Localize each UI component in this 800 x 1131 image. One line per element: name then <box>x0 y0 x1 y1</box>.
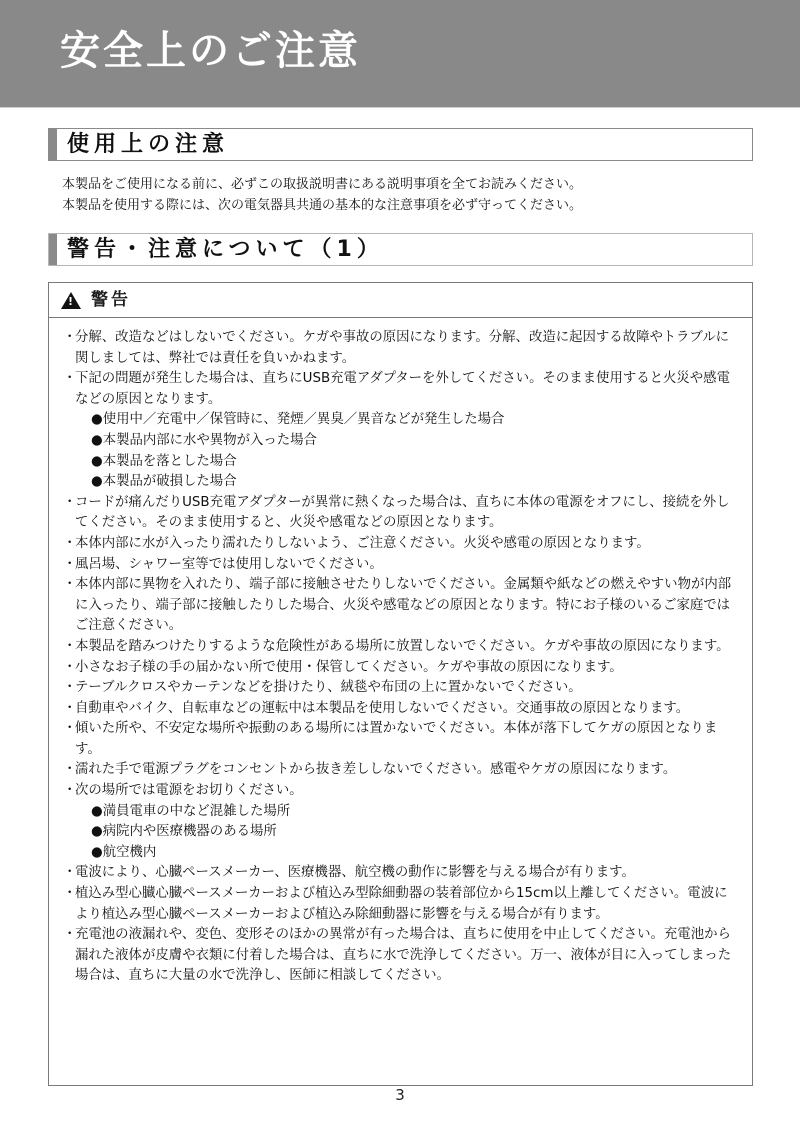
warning-subitem-text: 病院内や医療機器のある場所 <box>103 824 277 839</box>
heading-accent-bar <box>49 129 57 160</box>
warning-item: ・次の場所では電源をお切りください。 <box>63 781 734 802</box>
heading-accent-bar <box>49 234 57 265</box>
item-marker: ・ <box>63 637 75 658</box>
warning-item: ・風呂場、シャワー室等では使用しないでください。 <box>63 555 734 576</box>
bullet-icon: ● <box>91 412 103 427</box>
intro-paragraph: 本製品をご使用になる前に、必ずこの取扱説明書にある説明事項を全てお読みください。… <box>62 174 582 216</box>
warning-item: ・傾いた所や、不安定な場所や振動のある場所には置かないでください。本体が落下して… <box>63 719 734 760</box>
warning-item: ・自動車やバイク、自転車などの運転中は本製品を使用しないでください。交通事故の原… <box>63 699 734 720</box>
warning-item: ・小さなお子様の手の届かない所で使用・保管してください。ケガや事故の原因になりま… <box>63 658 734 679</box>
warning-item-text: 本体内部に異物を入れたり、端子部に接触させたりしないでください。金属類や紙などの… <box>75 577 731 633</box>
warning-subitem: ●航空機内 <box>63 843 734 864</box>
warning-item-text: 濡れた手で電源プラグをコンセントから抜き差ししないでください。感電やケガの原因に… <box>75 762 676 777</box>
warning-item: ・充電池の液漏れや、変色、変形そのほかの異常が有った場合は、直ちに使用を中止して… <box>63 925 734 987</box>
section-heading-text: 警告・注意について（1） <box>67 234 384 265</box>
item-marker: ・ <box>63 699 75 720</box>
warning-item-text: 小さなお子様の手の届かない所で使用・保管してください。ケガや事故の原因になります… <box>75 660 623 675</box>
section-heading-usage-notes: 使用上の注意 <box>48 128 753 161</box>
item-marker: ・ <box>63 534 75 555</box>
warning-item: ・コードが痛んだりUSB充電アダプターが異常に熱くなった場合は、直ちに本体の電源… <box>63 493 734 534</box>
bullet-icon: ● <box>91 804 103 819</box>
warning-box: 警告 ・分解、改造などはしないでください。ケガや事故の原因になります。分解、改造… <box>48 282 753 1086</box>
page-title: 安全上のご注意 <box>60 26 361 76</box>
bullet-icon: ● <box>91 824 103 839</box>
warning-item-text: 下記の問題が発生した場合は、直ちにUSB充電アダプターを外してください。そのまま… <box>75 371 730 407</box>
warning-subitem: ●病院内や医療機器のある場所 <box>63 822 734 843</box>
item-marker: ・ <box>63 925 75 946</box>
item-marker: ・ <box>63 575 75 596</box>
warning-header: 警告 <box>49 283 752 318</box>
item-marker: ・ <box>63 719 75 740</box>
section-heading-warnings: 警告・注意について（1） <box>48 233 753 266</box>
section-heading-text: 使用上の注意 <box>67 129 229 160</box>
warning-item-text: 分解、改造などはしないでください。ケガや事故の原因になります。分解、改造に起因す… <box>75 330 729 366</box>
warning-subitem: ●使用中／充電中／保管時に、発煙／異臭／異音などが発生した場合 <box>63 410 734 431</box>
intro-line: 本製品を使用する際には、次の電気器具共通の基本的な注意事項を必ず守ってください。 <box>62 195 582 216</box>
warning-subitem-text: 使用中／充電中／保管時に、発煙／異臭／異音などが発生した場合 <box>103 412 505 427</box>
item-marker: ・ <box>63 658 75 679</box>
warning-subitem-text: 航空機内 <box>103 845 157 860</box>
warning-subitem-text: 本製品内部に水や異物が入った場合 <box>103 433 317 448</box>
warning-item-text: 本製品を踏みつけたりするような危険性がある場所に放置しないでください。ケガや事故… <box>75 639 730 654</box>
warning-label: 警告 <box>91 283 131 317</box>
warning-subitem: ●本製品内部に水や異物が入った場合 <box>63 431 734 452</box>
item-marker: ・ <box>63 863 75 884</box>
bullet-icon: ● <box>91 474 103 489</box>
warning-subitem: ●本製品が破損した場合 <box>63 472 734 493</box>
warning-subitem-text: 本製品が破損した場合 <box>103 474 237 489</box>
page-number: 3 <box>0 1086 800 1104</box>
warning-item-text: 次の場所では電源をお切りください。 <box>75 783 303 798</box>
warning-subitem-text: 本製品を落とした場合 <box>103 454 237 469</box>
bullet-icon: ● <box>91 454 103 469</box>
warning-item: ・植込み型心臓心臓ペースメーカーおよび植込み型除細動器の装着部位から15cm以上… <box>63 884 734 925</box>
warning-item: ・電波により、心臓ペースメーカー、医療機器、航空機の動作に影響を与える場合が有り… <box>63 863 734 884</box>
warning-item-text: 傾いた所や、不安定な場所や振動のある場所には置かないでください。本体が落下してケ… <box>75 721 717 757</box>
warning-item-text: 植込み型心臓心臓ペースメーカーおよび植込み型除細動器の装着部位から15cm以上離… <box>75 886 727 922</box>
warning-item: ・テーブルクロスやカーテンなどを掛けたり、絨毯や布団の上に置かないでください。 <box>63 678 734 699</box>
item-marker: ・ <box>63 678 75 699</box>
intro-line: 本製品をご使用になる前に、必ずこの取扱説明書にある説明事項を全てお読みください。 <box>62 174 582 195</box>
warning-item-text: テーブルクロスやカーテンなどを掛けたり、絨毯や布団の上に置かないでください。 <box>75 680 582 695</box>
item-marker: ・ <box>63 328 75 349</box>
item-marker: ・ <box>63 555 75 576</box>
warning-list: ・分解、改造などはしないでください。ケガや事故の原因になります。分解、改造に起因… <box>49 318 752 987</box>
warning-item: ・濡れた手で電源プラグをコンセントから抜き差ししないでください。感電やケガの原因… <box>63 760 734 781</box>
warning-subitem-text: 満員電車の中など混雑した場所 <box>103 804 290 819</box>
warning-subitem: ●本製品を落とした場合 <box>63 452 734 473</box>
item-marker: ・ <box>63 781 75 802</box>
warning-triangle-icon <box>61 292 81 309</box>
warning-item-text: 充電池の液漏れや、変色、変形そのほかの異常が有った場合は、直ちに使用を中止してく… <box>75 927 731 983</box>
warning-item: ・分解、改造などはしないでください。ケガや事故の原因になります。分解、改造に起因… <box>63 328 734 369</box>
warning-item-text: 風呂場、シャワー室等では使用しないでください。 <box>75 557 383 572</box>
bullet-icon: ● <box>91 433 103 448</box>
warning-item: ・本体内部に水が入ったり濡れたりしないよう、ご注意ください。火災や感電の原因とな… <box>63 534 734 555</box>
item-marker: ・ <box>63 884 75 905</box>
warning-item: ・本体内部に異物を入れたり、端子部に接触させたりしないでください。金属類や紙など… <box>63 575 734 637</box>
item-marker: ・ <box>63 369 75 390</box>
warning-item: ・本製品を踏みつけたりするような危険性がある場所に放置しないでください。ケガや事… <box>63 637 734 658</box>
title-banner: 安全上のご注意 <box>0 0 800 108</box>
warning-item: ・下記の問題が発生した場合は、直ちにUSB充電アダプターを外してください。そのま… <box>63 369 734 410</box>
warning-item-text: コードが痛んだりUSB充電アダプターが異常に熱くなった場合は、直ちに本体の電源を… <box>75 495 730 531</box>
item-marker: ・ <box>63 760 75 781</box>
item-marker: ・ <box>63 493 75 514</box>
warning-item-text: 自動車やバイク、自転車などの運転中は本製品を使用しないでください。交通事故の原因… <box>75 701 689 716</box>
warning-subitem: ●満員電車の中など混雑した場所 <box>63 802 734 823</box>
warning-item-text: 電波により、心臓ペースメーカー、医療機器、航空機の動作に影響を与える場合が有りま… <box>75 865 635 880</box>
bullet-icon: ● <box>91 845 103 860</box>
warning-item-text: 本体内部に水が入ったり濡れたりしないよう、ご注意ください。火災や感電の原因となり… <box>75 536 650 551</box>
